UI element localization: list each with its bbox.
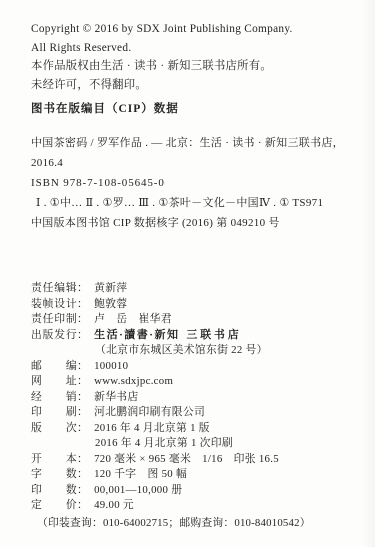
- colophon-row-editor: 责任编辑：黄新萍: [31, 281, 361, 297]
- row-label: 字 数: [31, 467, 77, 483]
- copyright-english-line2: All Rights Reserved.: [31, 39, 361, 58]
- cip-isbn: ISBN 978-7-108-05645-0: [31, 173, 361, 193]
- colophon-row-postcode: 邮 编：100010: [31, 359, 361, 375]
- colophon-row-website: 网 址：www.sdxjpc.com: [31, 374, 361, 390]
- edition-print-run-line: 2016 年 4 月北京第 1 次印刷: [31, 436, 361, 452]
- row-label: 责任编辑: [31, 281, 77, 297]
- label-colon: ：: [77, 328, 88, 344]
- label-colon: ：: [77, 390, 88, 406]
- row-value: 卢 岳 崔华君: [94, 313, 172, 325]
- label-colon: ：: [77, 498, 88, 514]
- row-value: 河北鹏润印刷有限公司: [94, 406, 205, 418]
- label-colon: ：: [77, 297, 88, 313]
- publisher-name: 三联书店: [186, 329, 241, 341]
- label-colon: ：: [77, 374, 88, 390]
- cip-classification: Ⅰ . ①中… Ⅱ . ①罗… Ⅲ . ①茶叶－文化－中国Ⅳ . ① TS971: [31, 193, 361, 213]
- copyright-notice-block: Copyright © 2016 by SDX Joint Publishing…: [31, 20, 361, 94]
- label-colon: ：: [77, 483, 88, 499]
- colophon-row-print-count: 印 数：00,001—10,000 册: [31, 483, 361, 499]
- row-value: www.sdxjpc.com: [94, 375, 173, 387]
- row-value: 2016 年 4 月北京第 1 版: [94, 422, 210, 434]
- row-value: 鲍敦蓉: [94, 298, 127, 310]
- row-value: 新华书店: [94, 391, 138, 403]
- row-value: 黄新萍: [94, 282, 127, 294]
- row-label: 定 价: [31, 498, 77, 514]
- row-label: 版 次: [31, 421, 77, 437]
- label-colon: ：: [77, 405, 88, 421]
- cip-registry-number: 中国版本图书馆 CIP 数据核字 (2016) 第 049210 号: [31, 213, 361, 233]
- colophon-row-designer: 装帧设计：鲍敦蓉: [31, 297, 361, 313]
- row-label: 经 销: [31, 390, 77, 406]
- colophon-block: 责任编辑：黄新萍 装帧设计：鲍敦蓉 责任印制：卢 岳 崔华君 出版发行：生活·讀…: [31, 281, 361, 531]
- copyright-english-line1: Copyright © 2016 by SDX Joint Publishing…: [31, 20, 361, 39]
- row-value: 00,001—10,000 册: [94, 484, 182, 496]
- row-value: 120 千字 图 50 幅: [94, 468, 187, 480]
- row-label: 责任印制: [31, 312, 77, 328]
- label-colon: ：: [77, 312, 88, 328]
- row-label: 开 本: [31, 452, 77, 468]
- cip-heading: 图书在版编目（CIP）数据: [31, 101, 361, 117]
- cip-data-block: 图书在版编目（CIP）数据 中国茶密码 / 罗军作品 . — 北京：生活 · 读…: [31, 101, 361, 233]
- label-colon: ：: [77, 467, 88, 483]
- row-label: 邮 编: [31, 359, 77, 375]
- row-label: 印 数: [31, 483, 77, 499]
- copyright-chinese-line2: 未经许可，不得翻印。: [31, 76, 361, 95]
- row-value: 720 毫米 × 965 毫米 1/16 印张 16.5: [94, 453, 279, 465]
- colophon-row-distributor: 经 销：新华书店: [31, 390, 361, 406]
- label-colon: ：: [77, 281, 88, 297]
- copyright-chinese-line1: 本作品版权由生活 · 读书 · 新知三联书店所有。: [31, 57, 361, 76]
- label-colon: ：: [77, 359, 88, 375]
- row-value: 100010: [94, 360, 128, 372]
- colophon-row-format: 开 本：720 毫米 × 965 毫米 1/16 印张 16.5: [31, 452, 361, 468]
- publisher-logotype: 生活·讀書·新知: [94, 329, 179, 341]
- label-colon: ：: [77, 421, 88, 437]
- publisher-address: （北京市东城区美术馆东街 22 号）: [31, 343, 361, 359]
- row-label: 出版发行: [31, 328, 77, 344]
- colophon-row-print-supervisor: 责任印制：卢 岳 崔华君: [31, 312, 361, 328]
- colophon-row-edition: 版 次：2016 年 4 月北京第 1 版: [31, 421, 361, 437]
- colophon-row-word-count: 字 数：120 千字 图 50 幅: [31, 467, 361, 483]
- row-label: 印 刷: [31, 405, 77, 421]
- row-value: 49.00 元: [94, 499, 134, 511]
- book-copyright-page: Copyright © 2016 by SDX Joint Publishing…: [0, 0, 375, 547]
- row-label: 网 址: [31, 374, 77, 390]
- colophon-row-printer: 印 刷：河北鹏润印刷有限公司: [31, 405, 361, 421]
- colophon-row-price: 定 价：49.00 元: [31, 498, 361, 514]
- colophon-row-publisher: 出版发行：生活·讀書·新知三联书店: [31, 328, 361, 344]
- row-label: 装帧设计: [31, 297, 77, 313]
- label-colon: ：: [77, 452, 88, 468]
- cip-entry-line: 中国茶密码 / 罗军作品 . — 北京：生活 · 读书 · 新知三联书店，201…: [31, 133, 361, 173]
- inquiry-phone-line: （印装查询：010-64002715；邮购查询：010-84010542）: [31, 516, 361, 532]
